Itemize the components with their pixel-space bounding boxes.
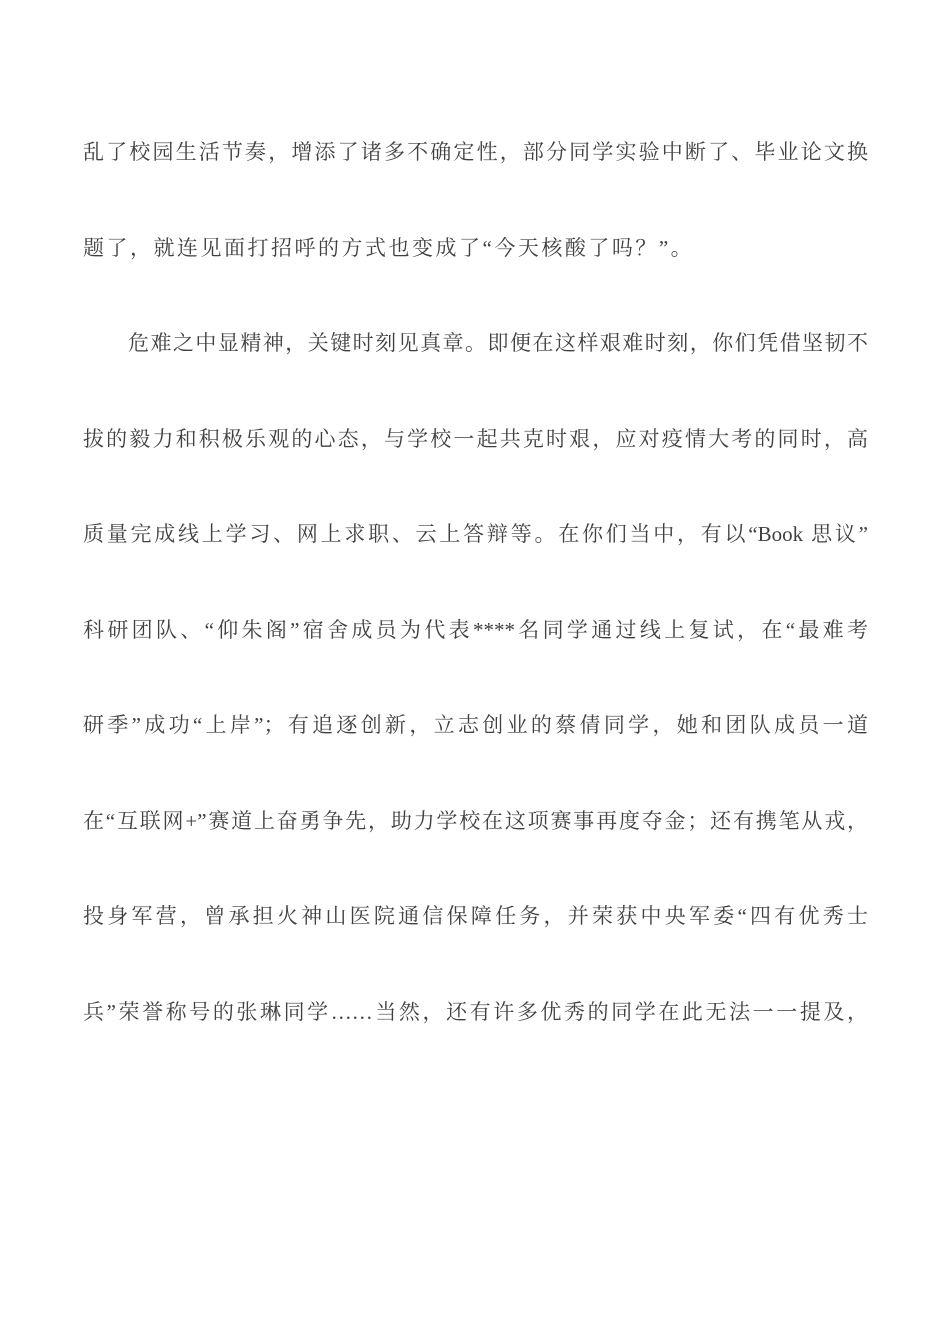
text-line-7: 研季”成功“上岸”；有追逐创新，立志创业的蔡倩同学，她和团队成员一道 (83, 678, 868, 774)
document-page: 乱了校园生活节奏，增添了诸多不确定性，部分同学实验中断了、毕业论文换 题了，就连… (0, 0, 950, 1344)
text-line-6: 科研团队、“仰朱阁”宿舍成员为代表****名同学通过线上复试，在“最难考 (83, 583, 868, 679)
text-line-3-paragraph-start: 危难之中显精神，关键时刻见真章。即便在这样艰难时刻，你们凭借坚韧不 (83, 296, 868, 392)
text-line-10: 兵”荣誉称号的张琳同学……当然，还有许多优秀的同学在此无法一一提及， (83, 965, 868, 1061)
text-line-4: 拔的毅力和积极乐观的心态，与学校一起共克时艰，应对疫情大考的同时，高 (83, 392, 868, 488)
text-line-1: 乱了校园生活节奏，增添了诸多不确定性，部分同学实验中断了、毕业论文换 (83, 105, 868, 201)
text-line-5: 质量完成线上学习、网上求职、云上答辩等。在你们当中，有以“Book 思议” (83, 487, 868, 583)
text-line-2: 题了，就连见面打招呼的方式也变成了“今天核酸了吗？”。 (83, 201, 868, 297)
document-body: 乱了校园生活节奏，增添了诸多不确定性，部分同学实验中断了、毕业论文换 题了，就连… (83, 105, 868, 1060)
text-line-8: 在“互联网+”赛道上奋勇争先，助力学校在这项赛事再度夺金；还有携笔从戎， (83, 774, 868, 870)
text-line-9: 投身军营，曾承担火神山医院通信保障任务，并荣获中央军委“四有优秀士 (83, 869, 868, 965)
